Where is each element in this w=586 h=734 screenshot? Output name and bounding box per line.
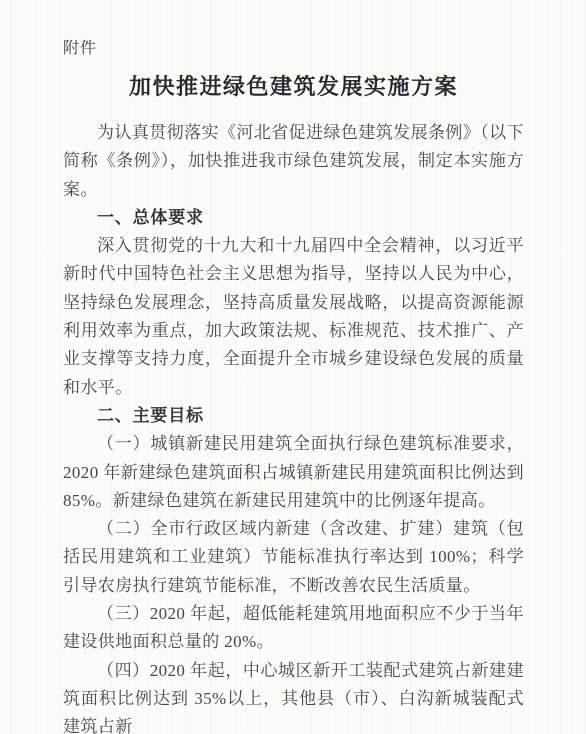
document-body: 为认真贯彻落实《河北省促进绿色建筑发展条例》（以下简称《条例》），加快推进我市绿… [63, 119, 524, 734]
objective-item-3: （三）2020 年起，超低能耗建筑用地面积应不少于当年建设供地面积总量的 20%… [63, 600, 524, 657]
section-2-heading: 二、主要目标 [63, 402, 524, 430]
document-title: 加快推进绿色建筑发展实施方案 [63, 72, 524, 102]
section-1-body-paragraph: 深入贯彻党的十九大和十九届四中全会精神，以习近平新时代中国特色社会主义思想为指导… [63, 232, 524, 402]
document-page: 附件 加快推进绿色建筑发展实施方案 为认真贯彻落实《河北省促进绿色建筑发展条例》… [0, 0, 586, 734]
page-number: - 3 - [464, 694, 502, 710]
objective-item-4: （四）2020 年起，中心城区新开工装配式建筑占新建建筑面积比例达到 35%以上… [63, 657, 524, 734]
objective-item-2: （二）全市行政区域内新建（含改建、扩建）建筑（包括民用建筑和工业建筑）节能标准执… [63, 515, 524, 600]
attachment-label: 附件 [63, 38, 524, 60]
intro-paragraph: 为认真贯彻落实《河北省促进绿色建筑发展条例》（以下简称《条例》），加快推进我市绿… [63, 119, 524, 204]
objective-item-1: （一）城镇新建民用建筑全面执行绿色建筑标准要求，2020 年新建绿色建筑面积占城… [63, 430, 524, 515]
section-1-heading: 一、总体要求 [63, 204, 524, 232]
